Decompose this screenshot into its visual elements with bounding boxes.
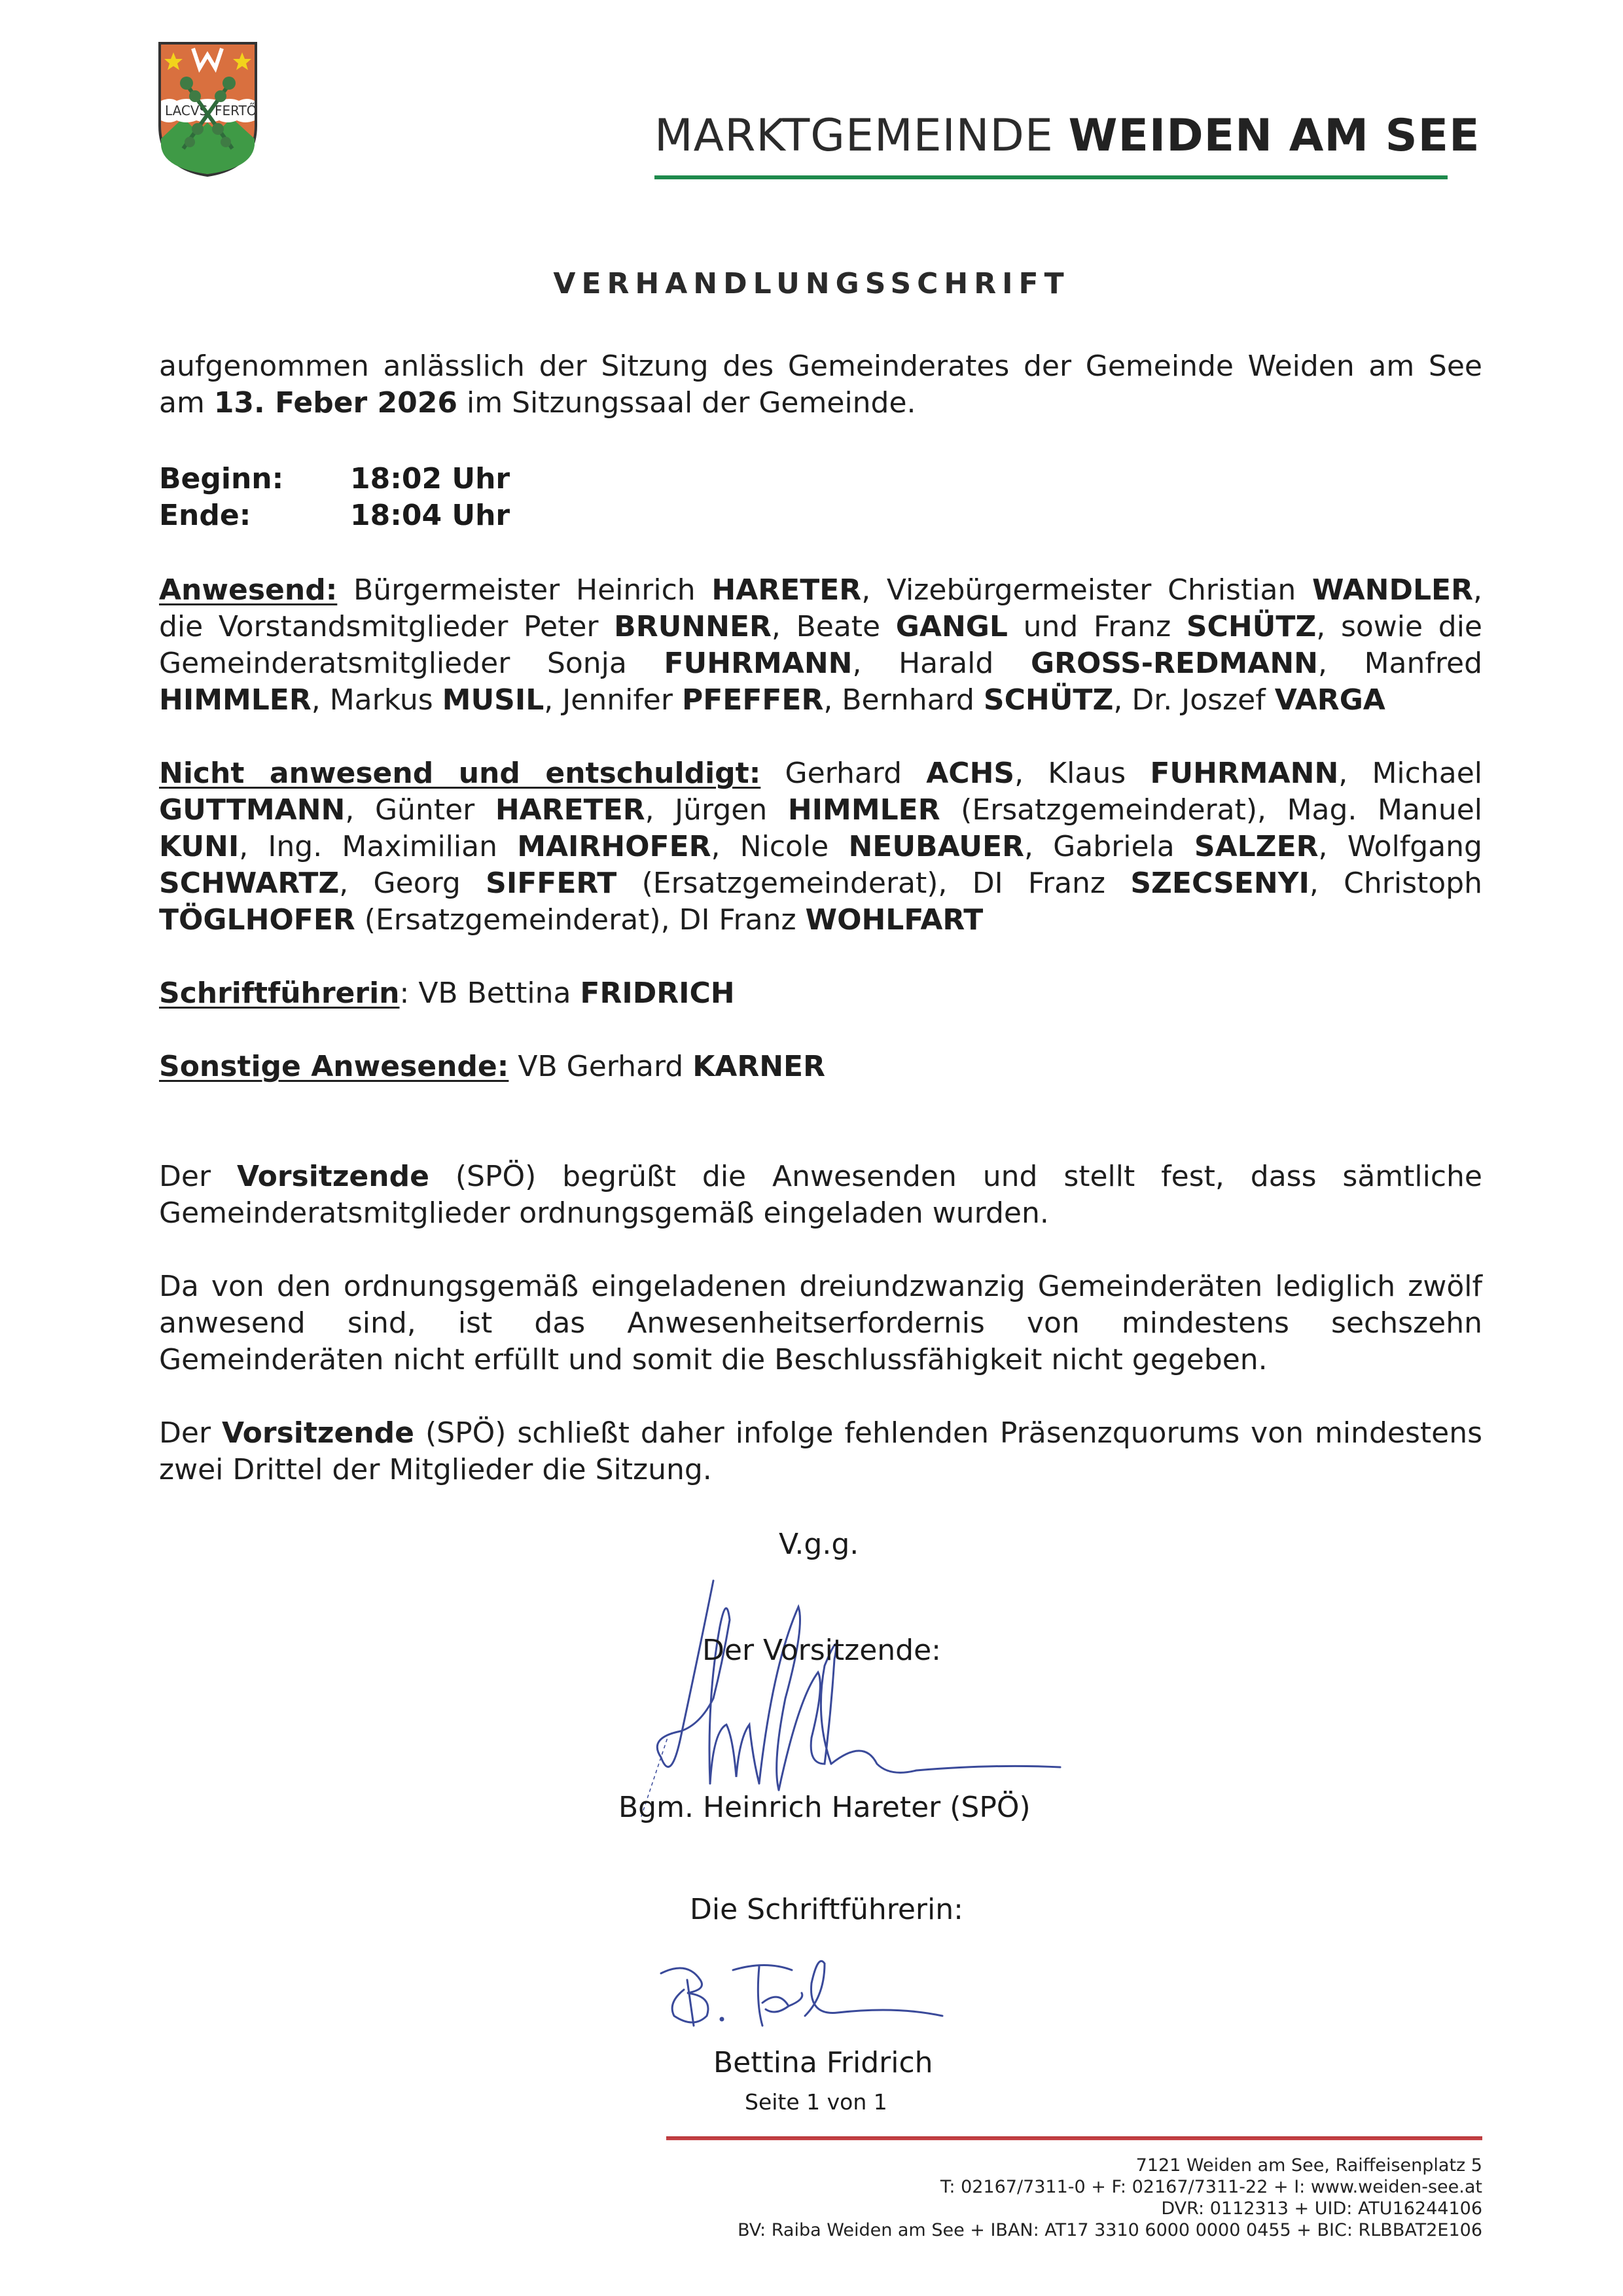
person-surname: SCHWARTZ: [159, 867, 339, 900]
footer-line-address: 7121 Weiden am See, Raiffeisenplatz 5: [654, 2155, 1482, 2176]
person-surname: GUTTMANN: [159, 793, 345, 827]
time-row-start: Beginn: 18:02 Uhr: [159, 461, 510, 497]
recorder-label: Schriftführerin: [159, 977, 400, 1010]
organization-name: WEIDEN AM SEE: [1068, 110, 1480, 162]
footer-divider: [666, 2136, 1482, 2140]
person-surname: HIMMLER: [159, 683, 312, 717]
person-surname: HIMMLER: [788, 793, 940, 827]
present-label: Anwesend:: [159, 573, 337, 607]
person-surname: MAIRHOFER: [517, 830, 711, 863]
person-surname: GROSS-REDMANN: [1031, 647, 1318, 680]
person-surname: MUSIL: [442, 683, 544, 717]
chair-name: Bgm. Heinrich Hareter (SPÖ): [618, 1791, 1031, 1824]
meeting-date: 13. Feber 2026: [214, 386, 457, 420]
document-title: VERHANDLUNGSSCHRIFT: [0, 267, 1623, 300]
person-surname: Vorsitzende: [237, 1160, 429, 1193]
intro-paragraph: aufgenommen anlässlich der Sitzung des G…: [159, 348, 1482, 422]
person-surname: SIFFERT: [486, 867, 616, 900]
chair-title: Der Vorsitzende:: [702, 1634, 941, 1667]
footer-address: 7121 Weiden am See, Raiffeisenplatz 5 T:…: [654, 2155, 1482, 2241]
person-surname: VARGA: [1275, 683, 1385, 717]
recorder-line: Schriftführerin: VB Bettina FRIDRICH: [159, 975, 1482, 1012]
person-surname: SALZER: [1194, 830, 1319, 863]
organization-title: MARKTGEMEINDE WEIDEN AM SEE: [654, 110, 1446, 162]
person-surname: GANGL: [896, 610, 1008, 643]
recorder-title: Die Schriftführerin:: [690, 1893, 963, 1926]
person-surname: SCHÜTZ: [984, 683, 1113, 717]
footer-line-bank: BV: Raiba Weiden am See + IBAN: AT17 331…: [654, 2219, 1482, 2241]
person-surname: BRUNNER: [614, 610, 772, 643]
person-surname: Vorsitzende: [222, 1416, 414, 1450]
person-surname: TÖGLHOFER: [159, 903, 355, 937]
person-surname: WOHLFART: [806, 903, 984, 937]
person-surname: WANDLER: [1312, 573, 1473, 607]
closing-vgg: V.g.g.: [779, 1528, 859, 1561]
header-divider: [654, 175, 1448, 179]
person-surname: FUHRMANN: [1150, 757, 1338, 790]
absent-members: Nicht anwesend und entschuldigt: Gerhard…: [159, 755, 1482, 939]
person-surname: FUHRMANN: [664, 647, 852, 680]
body-paragraph-2: Da von den ordnungsgemäß eingeladenen dr…: [159, 1268, 1482, 1378]
body-paragraph-1: Der Vorsitzende (SPÖ) begrüßt die Anwese…: [159, 1158, 1482, 1232]
page-number: Seite 1 von 1: [745, 2089, 887, 2115]
coat-of-arms-icon: LACVS FERTŐ: [157, 41, 259, 178]
meeting-times: Beginn: 18:02 Uhr Ende: 18:04 Uhr: [159, 461, 510, 534]
absent-label: Nicht anwesend und entschuldigt:: [159, 757, 760, 790]
person-surname: NEUBAUER: [848, 830, 1024, 863]
present-members: Anwesend: Bürgermeister Heinrich HARETER…: [159, 572, 1482, 719]
others-present-line: Sonstige Anwesende: VB Gerhard KARNER: [159, 1049, 1482, 1085]
person-surname: KUNI: [159, 830, 239, 863]
organization-prefix: MARKTGEMEINDE: [654, 110, 1054, 162]
footer-line-registry: DVR: 0112313 + UID: ATU16244106: [654, 2198, 1482, 2219]
person-surname: ACHS: [926, 757, 1014, 790]
others-label: Sonstige Anwesende:: [159, 1050, 508, 1083]
body-paragraph-3: Der Vorsitzende (SPÖ) schließt daher inf…: [159, 1415, 1482, 1488]
time-row-end: Ende: 18:04 Uhr: [159, 497, 510, 534]
person-surname: PFEFFER: [682, 683, 823, 717]
person-surname: HARETER: [711, 573, 861, 607]
footer-line-contact: T: 02167/7311-0 + F: 02167/7311-22 + I: …: [654, 2176, 1482, 2198]
person-surname: SZECSENYI: [1130, 867, 1310, 900]
person-surname: HARETER: [495, 793, 645, 827]
recorder-signature-icon: [648, 1950, 1001, 2036]
person-surname: SCHÜTZ: [1186, 610, 1316, 643]
recorder-name: Bettina Fridrich: [713, 2046, 933, 2079]
svg-text:FERTŐ: FERTŐ: [215, 103, 257, 118]
